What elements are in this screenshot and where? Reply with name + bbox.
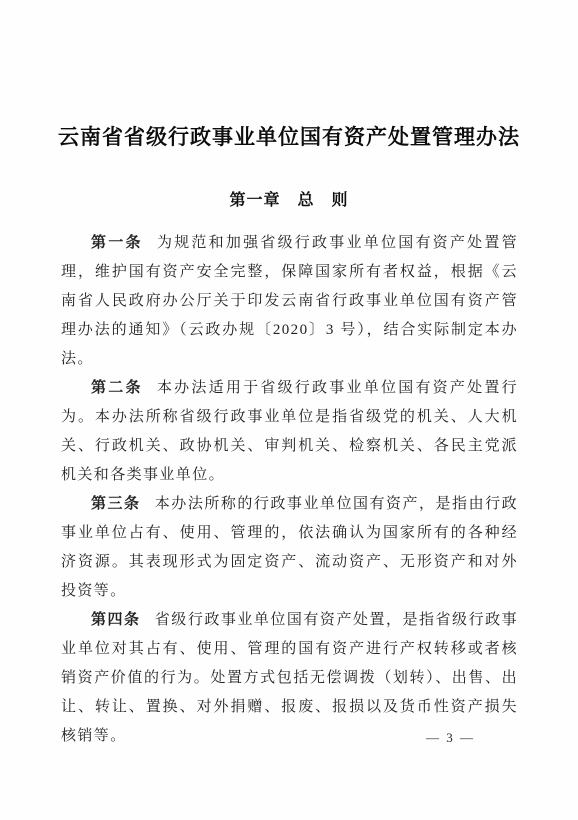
- article-4-text: 省级行政事业单位国有资产处置，是指省级行政事业单位对其占有、使用、管理的国有资产…: [61, 612, 518, 744]
- article-2: 第二条本办法适用于省级行政事业单位国有资产处置行为。本办法所称省级行政事业单位是…: [61, 374, 518, 490]
- document-title: 云南省省级行政事业单位国有资产处置管理办法: [0, 121, 578, 151]
- document-page: 云南省省级行政事业单位国有资产处置管理办法 第一章 总 则 第一条为规范和加强省…: [0, 0, 578, 820]
- article-1-label: 第一条: [91, 235, 157, 251]
- article-3: 第三条本办法所称的行政事业单位国有资产，是指由行政事业单位占有、使用、管理的，依…: [61, 490, 518, 606]
- page-number: — 3 —: [426, 730, 475, 746]
- chapter-heading: 第一章 总 则: [0, 187, 578, 210]
- article-1: 第一条为规范和加强省级行政事业单位国有资产处置管理，维护国有资产安全完整，保障国…: [61, 229, 518, 374]
- article-2-label: 第二条: [91, 380, 157, 396]
- article-3-label: 第三条: [91, 496, 155, 512]
- article-1-text: 为规范和加强省级行政事业单位国有资产处置管理，维护国有资产安全完整，保障国家所有…: [61, 235, 518, 367]
- article-4-label: 第四条: [91, 612, 155, 628]
- document-body: 第一条为规范和加强省级行政事业单位国有资产处置管理，维护国有资产安全完整，保障国…: [61, 229, 518, 751]
